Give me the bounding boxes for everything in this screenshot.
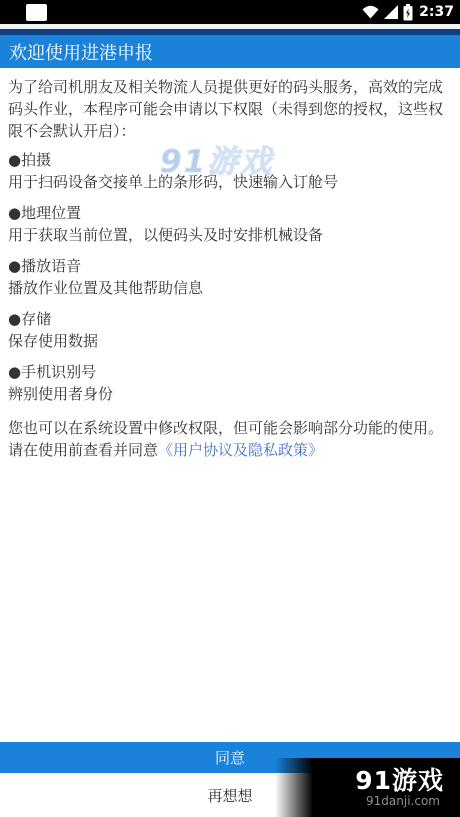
privacy-policy-link[interactable]: 《用户协议及隐私政策》 [158, 441, 323, 459]
permission-title: ●地理位置 [8, 202, 452, 224]
content-area: 为了给司机朋友及相关物流人员提供更好的码头服务，高效的完成码头作业，本程序可能会… [0, 68, 460, 461]
permission-desc: 保存使用数据 [8, 330, 452, 352]
permission-item-camera: ●拍摄 用于扫码设备交接单上的条形码，快速输入订舱号 [8, 149, 452, 193]
permission-desc: 播放作业位置及其他帮助信息 [8, 277, 452, 299]
permission-item-device-id: ●手机识别号 辨别使用者身份 [8, 361, 452, 405]
permission-item-storage: ●存储 保存使用数据 [8, 308, 452, 352]
reconsider-button[interactable]: 再想想 [0, 773, 460, 817]
footer-paragraph: 您也可以在系统设置中修改权限，但可能会影响部分功能的使用。请在使用前查看并同意《… [8, 417, 452, 461]
app-screen: 2:37 欢迎使用进港申报 为了给司机朋友及相关物流人员提供更好的码头服务，高效… [0, 0, 460, 817]
permission-title: ●播放语音 [8, 255, 452, 277]
app-bar: 欢迎使用进港申报 [0, 35, 460, 68]
permission-item-location: ●地理位置 用于获取当前位置，以便码头及时安排机械设备 [8, 202, 452, 246]
status-time: 2:37 [419, 4, 454, 20]
notification-icon [26, 4, 47, 21]
status-icons: 2:37 [362, 4, 454, 21]
battery-charging-icon [403, 4, 413, 21]
intro-paragraph: 为了给司机朋友及相关物流人员提供更好的码头服务，高效的完成码头作业，本程序可能会… [8, 76, 452, 142]
permission-desc: 用于扫码设备交接单上的条形码，快速输入订舱号 [8, 171, 452, 193]
page-title: 欢迎使用进港申报 [9, 39, 153, 65]
permission-desc: 辨别使用者身份 [8, 383, 452, 405]
permission-title: ●存储 [8, 308, 452, 330]
wifi-icon [362, 5, 379, 19]
permission-title: ●手机识别号 [8, 361, 452, 383]
agree-button[interactable]: 同意 [0, 742, 460, 773]
permission-title: ●拍摄 [8, 149, 452, 171]
cellular-signal-icon [383, 5, 399, 19]
permission-item-voice: ●播放语音 播放作业位置及其他帮助信息 [8, 255, 452, 299]
permission-desc: 用于获取当前位置，以便码头及时安排机械设备 [8, 224, 452, 246]
status-bar: 2:37 [0, 0, 460, 24]
